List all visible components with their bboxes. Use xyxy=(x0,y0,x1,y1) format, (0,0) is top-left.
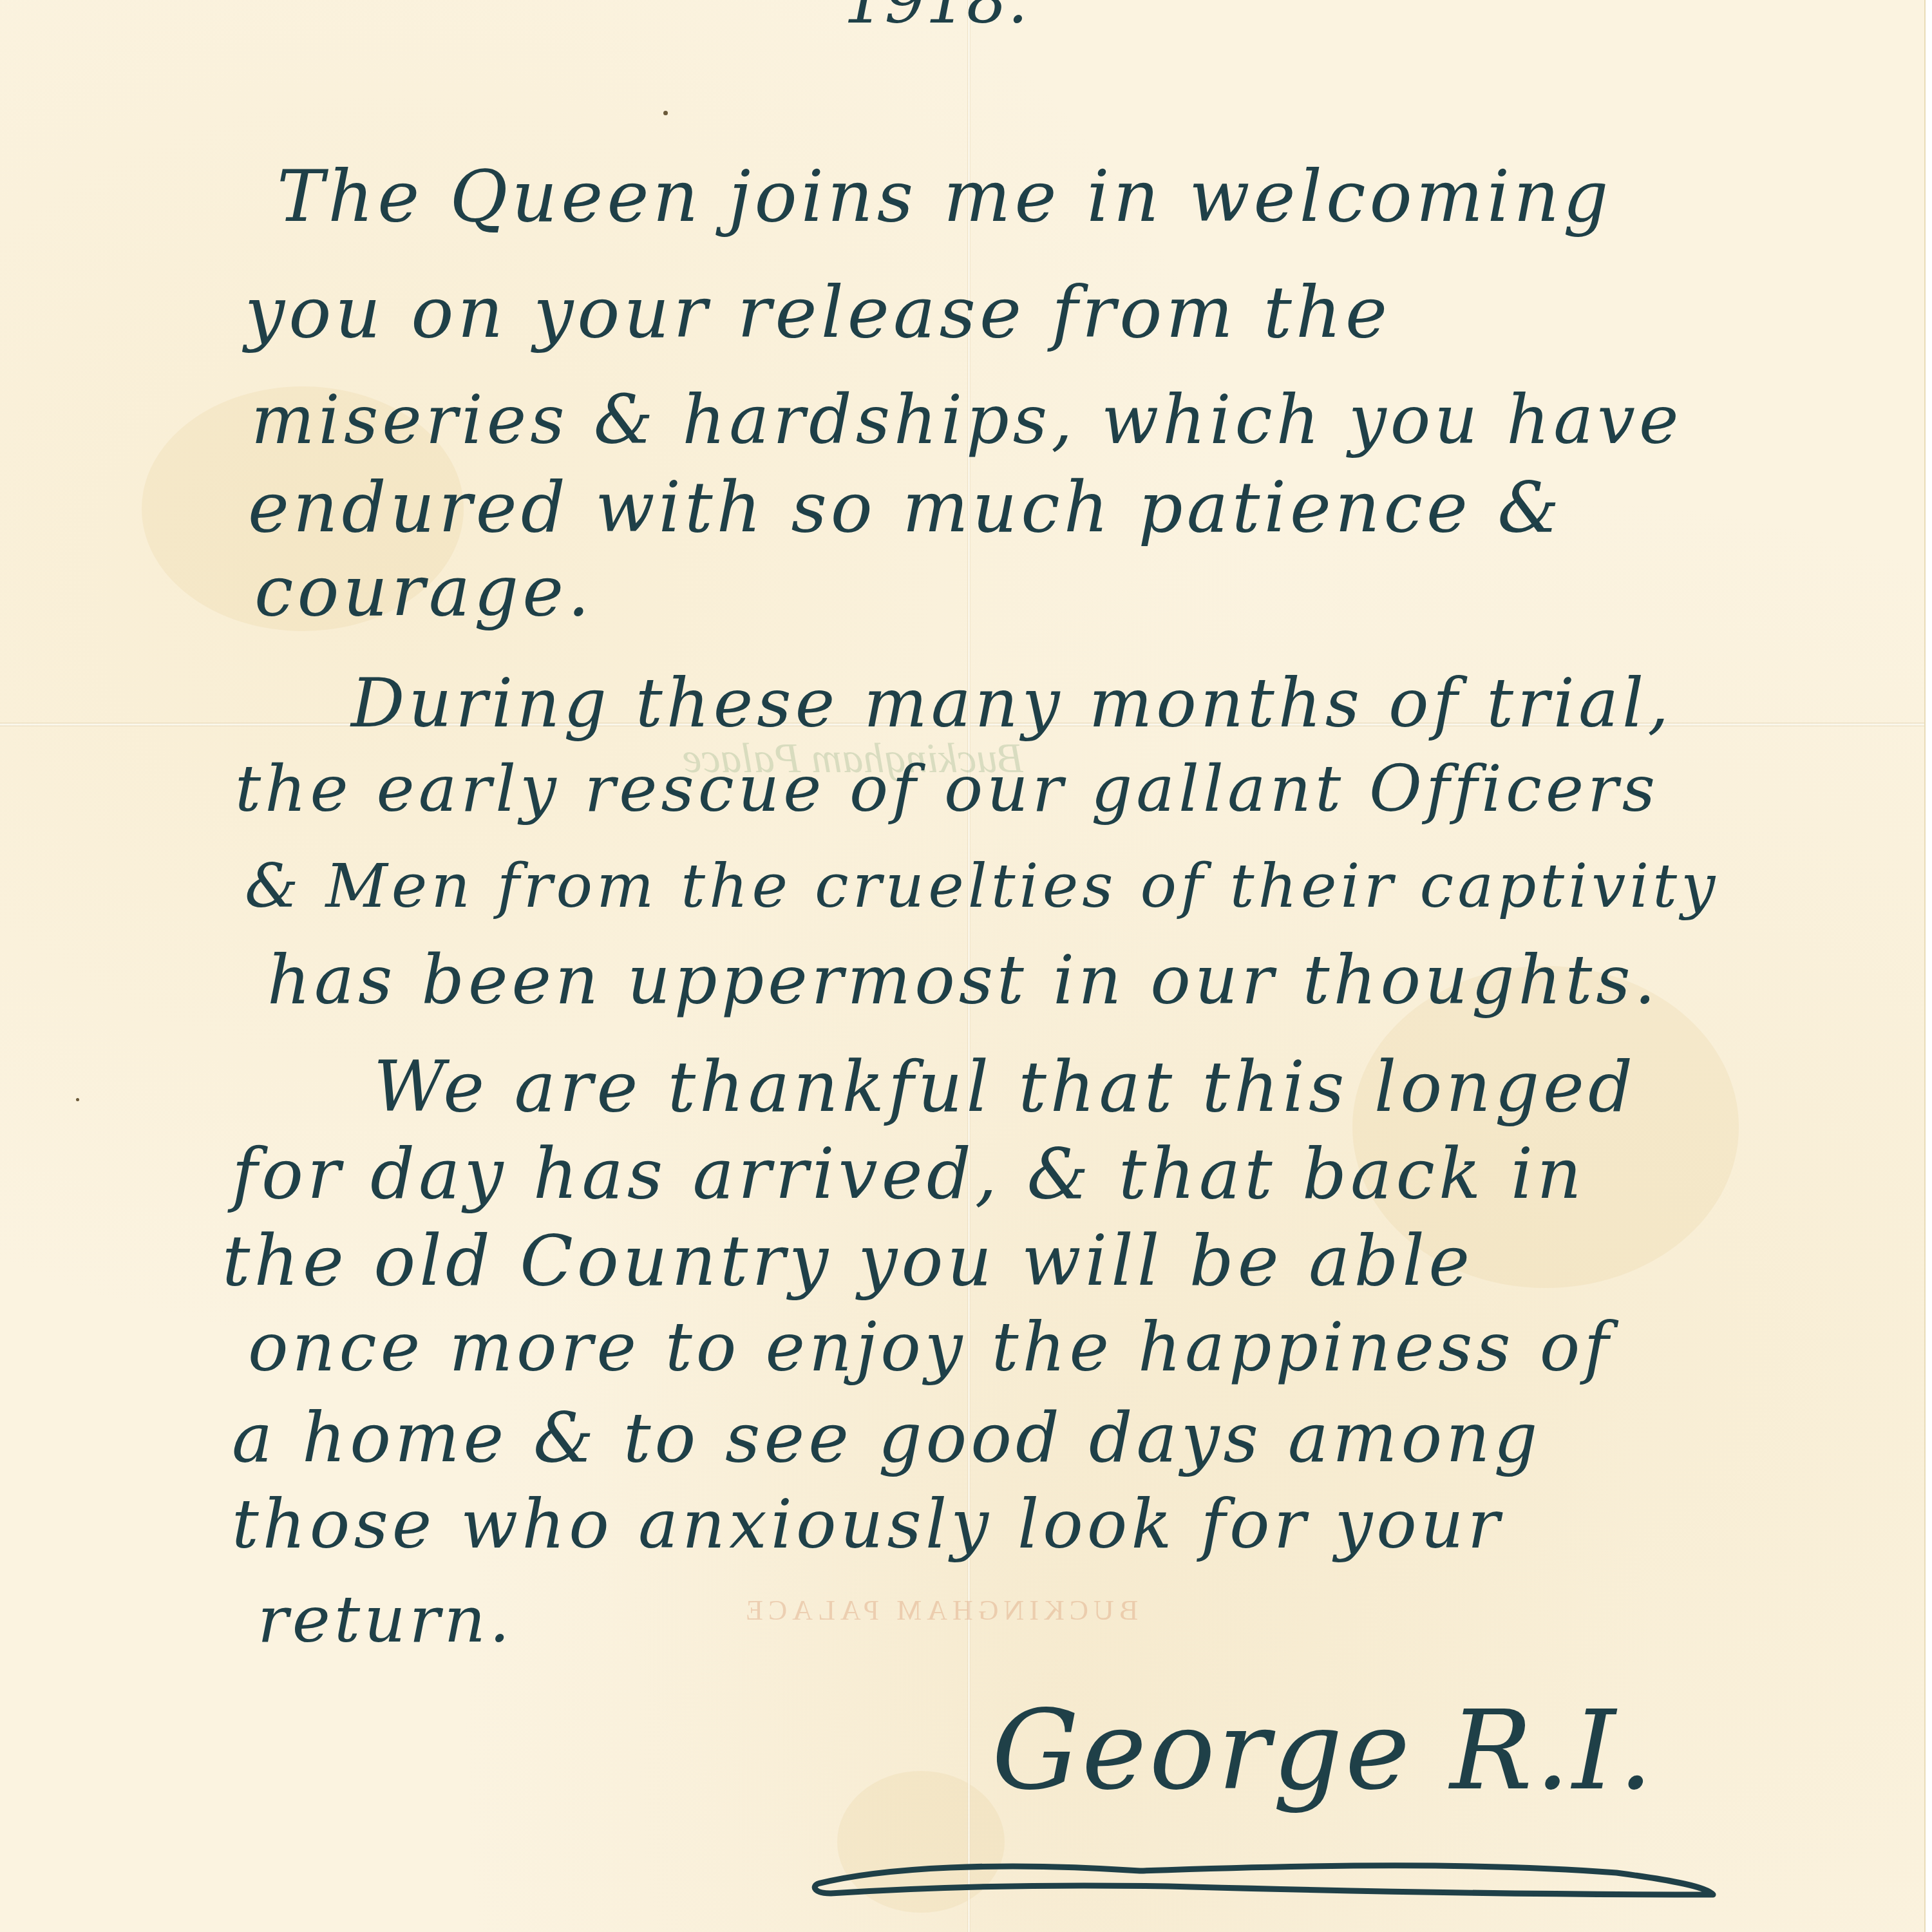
letter-line: During these many months of trial, xyxy=(351,670,1672,737)
letter-line: the old Country you will be able xyxy=(222,1227,1473,1296)
letter-line: We are thankful that this longed xyxy=(374,1053,1636,1122)
ink-speck xyxy=(663,111,668,115)
letter-line: miseries & hardships, which you have xyxy=(251,386,1683,453)
letter-line: the early rescue of our gallant Officers xyxy=(235,757,1659,821)
letter-line: a home & to see good days among xyxy=(232,1404,1541,1472)
letter-line: has been uppermost in our thoughts. xyxy=(267,947,1660,1014)
letter-line: you on your release from the xyxy=(245,277,1391,348)
letter-line: courage. xyxy=(254,557,593,627)
letter-line: those who anxiously look for your xyxy=(232,1491,1503,1558)
letterhead-watermark: BUCKINGHAM PALACE xyxy=(741,1594,1138,1627)
letter-line: for day has arrived, & that back in xyxy=(232,1140,1586,1209)
signature: George R.I. xyxy=(992,1687,1656,1815)
letter-line: endured with so much patience & xyxy=(248,473,1563,543)
letter-line: & Men from the cruelties of their captiv… xyxy=(245,857,1719,917)
letter-line: return. xyxy=(258,1587,514,1652)
letter-line: The Queen joins me in welcoming xyxy=(277,161,1612,232)
letter-date: 1918. xyxy=(844,0,1028,38)
letter-line: once more to enjoy the happiness of xyxy=(248,1314,1613,1381)
ink-speck xyxy=(76,1098,79,1101)
signature-flourish xyxy=(805,1823,1732,1926)
letter-paper: 1918. Buckingham Palace BUCKINGHAM PALAC… xyxy=(0,0,1926,1932)
